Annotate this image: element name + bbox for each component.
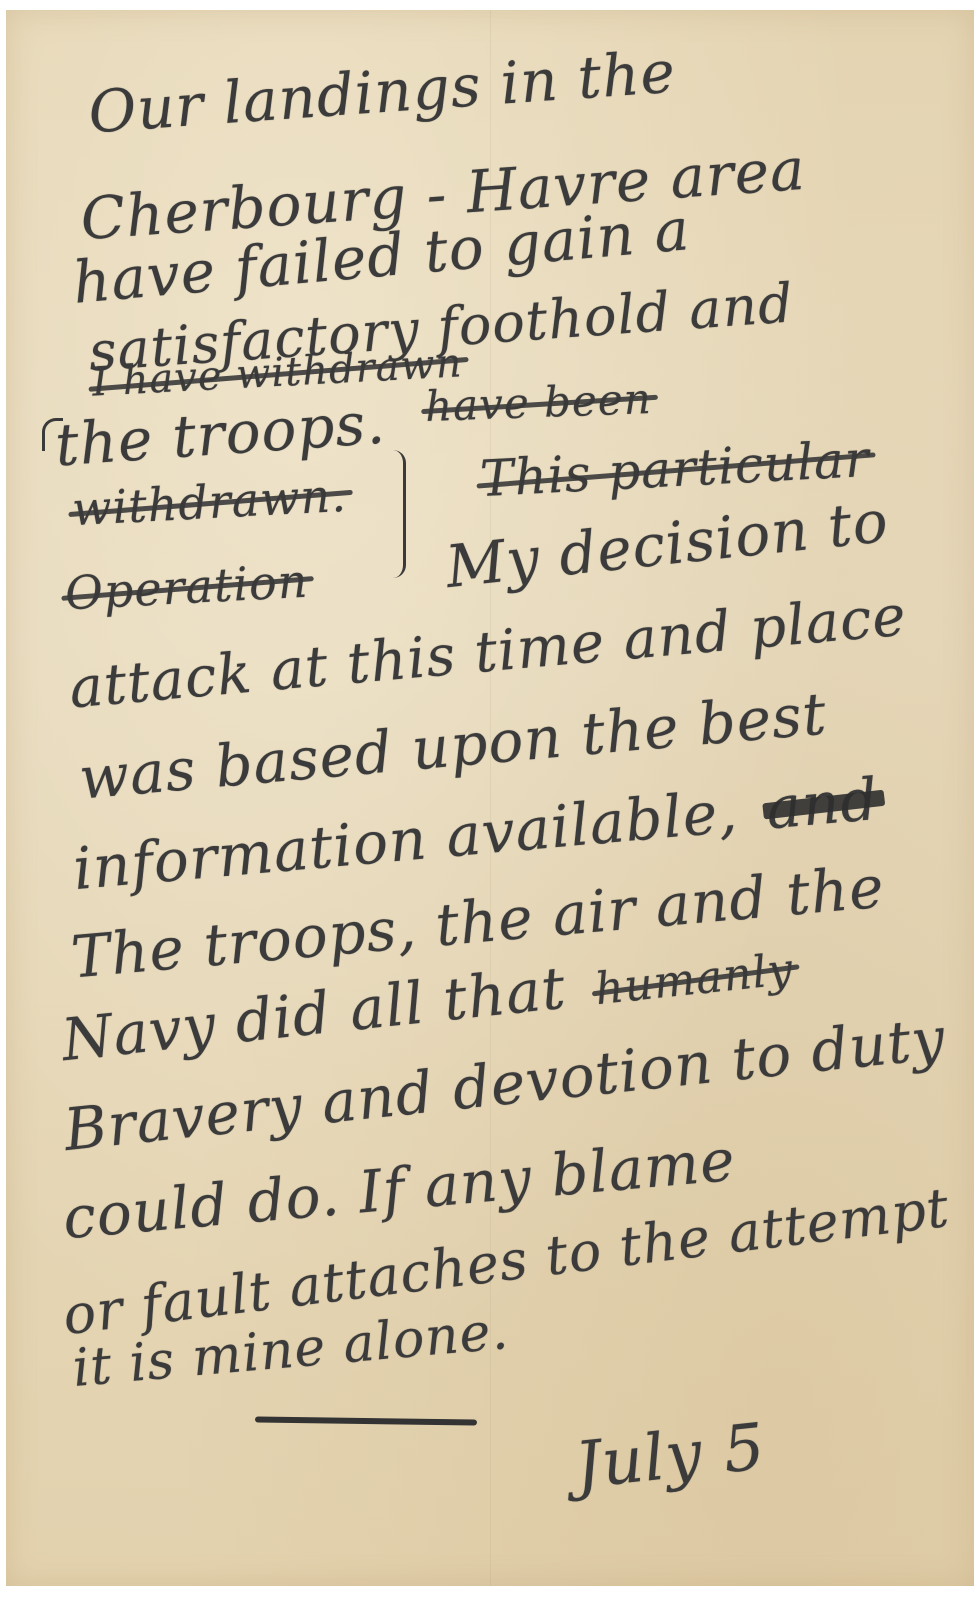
note-line-struck: have been [424,374,652,431]
bracket-mark [393,450,406,578]
struck-text: have been [424,374,652,431]
struck-text: and [764,765,882,843]
